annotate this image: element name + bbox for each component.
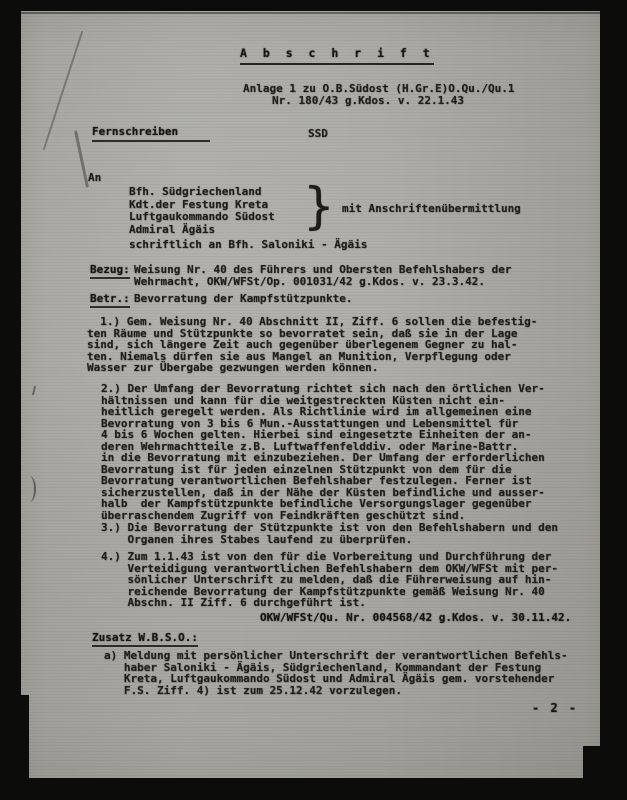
scan-border-bottom — [0, 778, 627, 800]
reference-label: Bezug: — [90, 263, 130, 279]
annex-reference-line2: Nr. 180/43 g.Kdos. v. 22.1.43 — [272, 95, 464, 107]
addendum-label: Zusatz W.B.S.O.: — [92, 631, 198, 647]
subject-text: Bevorratung der Kampfstützpunkte. — [134, 293, 353, 305]
subject-label: Betr.: — [90, 292, 130, 308]
paper-top-edge-shadow — [21, 12, 600, 14]
page-number: - 2 - — [532, 703, 578, 715]
scanned-document-page: { "page": { "title": "A b s c h r i f t"… — [0, 0, 627, 800]
scan-border-left — [0, 0, 21, 800]
document-title: A b s c h r i f t — [240, 48, 434, 65]
brace-glyph: } — [303, 180, 335, 232]
scan-border-right — [600, 0, 627, 800]
reference-text: Weisung Nr. 40 des Führers und Obersten … — [134, 264, 512, 288]
body-paragraph-4: 4.) Zum 1.1.43 ist von den für die Vorbe… — [101, 551, 558, 609]
margin-pen-mark — [23, 476, 36, 502]
salutation: An — [88, 172, 101, 184]
body-paragraph-3: 3.) Die Bevorratung der Stützpunkte ist … — [101, 522, 558, 545]
document-type-label: Fernschreiben — [92, 126, 210, 142]
written-copy-note: schriftlich an Bfh. Saloniki - Ägäis — [129, 239, 367, 251]
recipient-line: Luftgaukommando Südost — [129, 211, 275, 223]
recipient-line: Bfh. Südgriechenland — [129, 186, 261, 198]
body-paragraph-2: 2.) Der Umfang der Bevorratung richtet s… — [101, 383, 545, 521]
scan-border-top — [0, 0, 627, 11]
recipient-line: Kdt.der Festung Kreta — [129, 199, 268, 211]
recipient-line: Admiral Ägäis — [129, 224, 215, 236]
okw-reference-footer: OKW/WFSt/Qu. Nr. 004568/42 g.Kdos. v. 30… — [260, 612, 571, 624]
annex-reference-line1: Anlage 1 zu O.B.Südost (H.Gr.E)O.Qu./Qu.… — [243, 83, 515, 95]
body-paragraph-1: 1.) Gem. Weisung Nr. 40 Abschnitt II, Zi… — [87, 316, 537, 374]
scan-border-corner-notch — [583, 746, 627, 800]
priority-code: SSD — [308, 128, 328, 140]
addendum-item-a: a) Meldung mit persönlicher Unterschrift… — [104, 650, 568, 696]
transmission-note: mit Anschriftenübermittlung — [342, 203, 521, 215]
